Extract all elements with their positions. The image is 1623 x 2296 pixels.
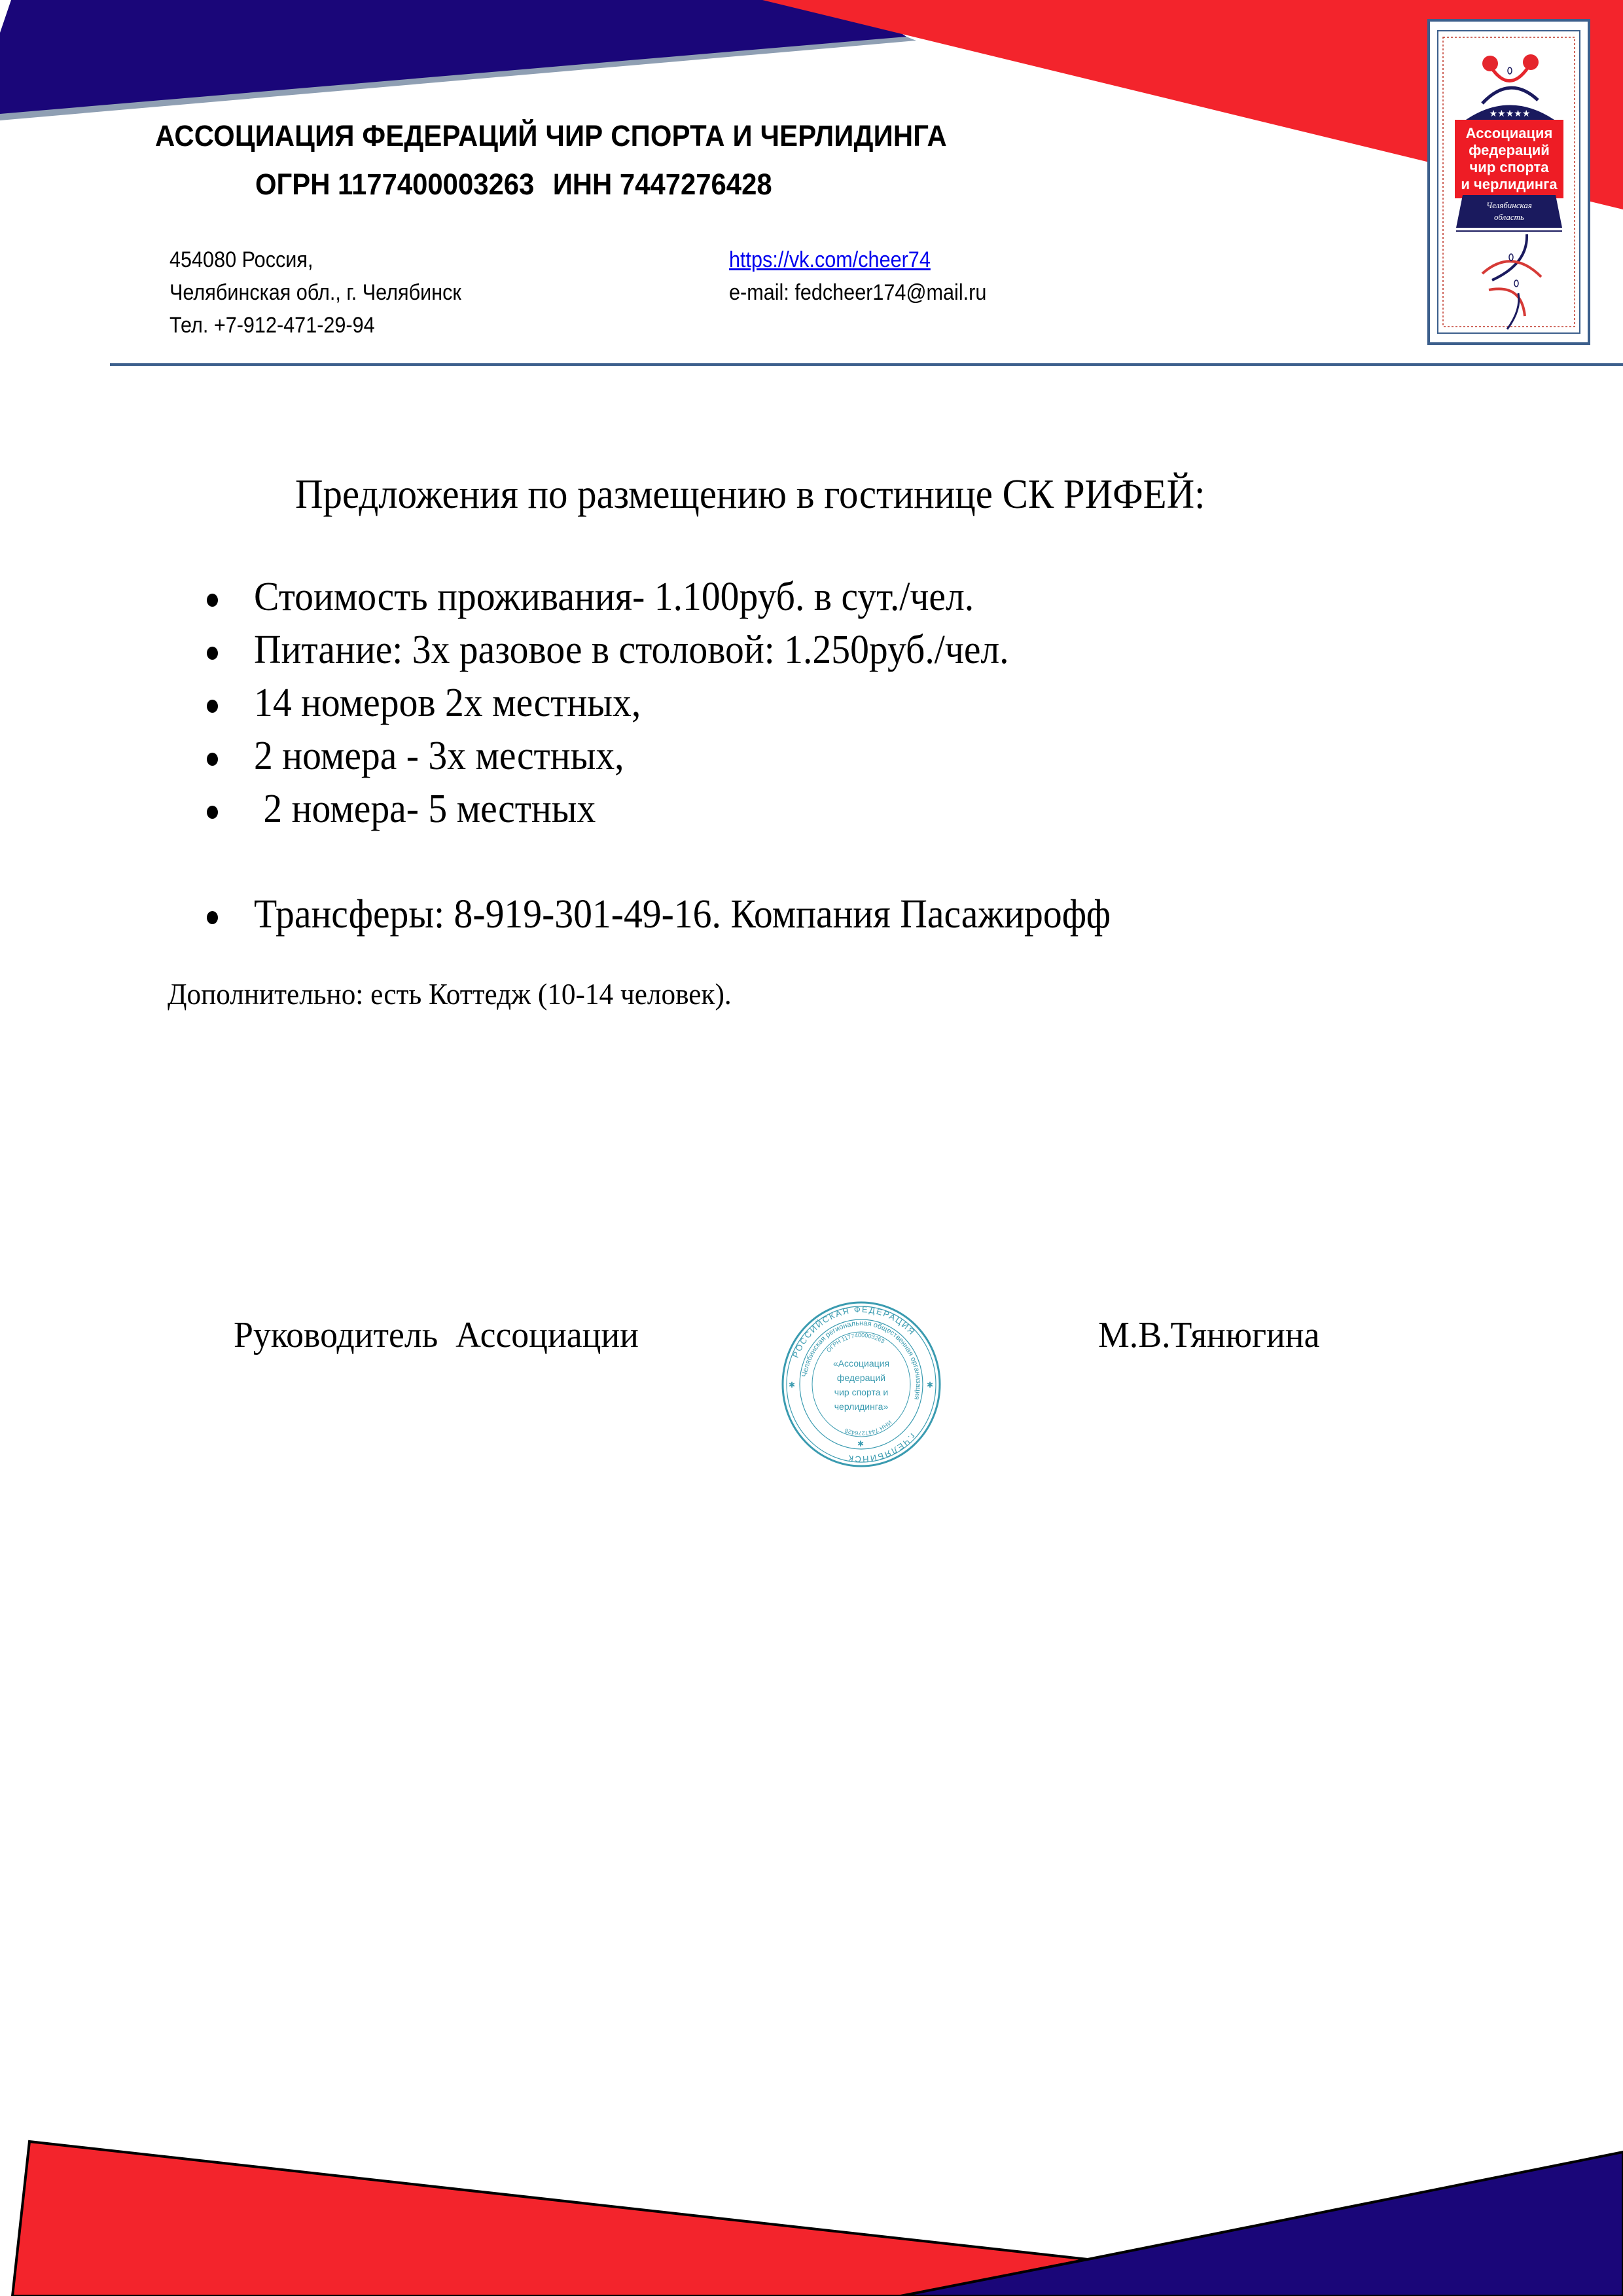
bottom-blue-band [901, 2152, 1623, 2296]
association-logo: ★★★★★ Ассоциация федераций чир спорта и … [1427, 19, 1590, 345]
inn-label: ИНН [553, 168, 613, 201]
letterhead-decoration [0, 0, 1623, 2296]
bullet-icon [207, 806, 218, 819]
email-line: e-mail: fedcheer174@mail.ru [729, 276, 986, 309]
inn-value: 7447276428 [620, 168, 772, 201]
svg-text:Челябинская: Челябинская [1486, 200, 1532, 210]
bottom-red-band [12, 2142, 1088, 2296]
list-item-transfers: Трансферы: 8-919-301-49-16. Компания Пас… [203, 888, 1175, 941]
header-divider [110, 363, 1623, 366]
list-item: 14 номеров 2х местных, [203, 677, 1175, 730]
svg-text:федераций: федераций [837, 1372, 885, 1383]
svg-text:чир спорта и: чир спорта и [834, 1387, 888, 1397]
top-blue-band [0, 0, 906, 114]
offer-heading: Предложения по размещению в гостинице СК… [295, 470, 1205, 518]
ogrn-label: ОГРН [255, 168, 330, 201]
address-line: Челябинская обл., г. Челябинск [169, 276, 461, 309]
additional-note: Дополнительно: есть Коттедж (10-14 челов… [168, 977, 732, 1011]
svg-text:черлидинга»: черлидинга» [834, 1401, 889, 1412]
svg-text:федераций: федераций [1469, 142, 1550, 158]
svg-text:и черлидинга: и черлидинга [1461, 176, 1558, 192]
bullet-icon [207, 911, 218, 924]
bullet-icon [207, 700, 218, 713]
cheerleading-logo-icon: ★★★★★ Ассоциация федераций чир спорта и … [1430, 22, 1588, 342]
registration-numbers: ОГРН 1177400003263 ИНН 7447276428 [255, 168, 772, 202]
top-gray-stripe [0, 35, 916, 120]
offer-list: Стоимость проживания- 1.100руб. в сут./ч… [203, 571, 1175, 941]
svg-text:«Ассоциация: «Ассоциация [833, 1358, 889, 1369]
svg-text:✱: ✱ [857, 1439, 864, 1448]
list-item: 2 номера - 3х местных, [203, 730, 1175, 783]
postal-address: 454080 Россия, Челябинская обл., г. Челя… [169, 243, 461, 342]
address-line: 454080 Россия, [169, 243, 461, 276]
list-item: Питание: 3х разовое в столовой: 1.250руб… [203, 624, 1175, 677]
vk-link[interactable]: https://vk.com/cheer74 [729, 247, 931, 272]
svg-text:✱: ✱ [789, 1380, 795, 1390]
official-stamp-icon: РОССИЙСКАЯ ФЕДЕРАЦИЯ г.ЧЕЛЯБИНСК Челябин… [781, 1301, 942, 1467]
letterhead-page: АССОЦИАЦИЯ ФЕДЕРАЦИЙ ЧИР СПОРТА И ЧЕРЛИД… [0, 0, 1623, 2296]
bullet-icon [207, 753, 218, 766]
svg-text:★★★★★: ★★★★★ [1489, 109, 1531, 119]
signatory-name: М.В.Тянюгина [1098, 1314, 1319, 1356]
list-item: 2 номера- 5 местных [203, 783, 1175, 836]
list-item: Стоимость проживания- 1.100руб. в сут./ч… [203, 571, 1175, 624]
online-contacts: https://vk.com/cheer74 e-mail: fedcheer1… [729, 243, 986, 309]
ogrn-value: 1177400003263 [338, 168, 534, 201]
bullet-icon [207, 594, 218, 607]
svg-text:область: область [1494, 212, 1524, 222]
organization-name: АССОЦИАЦИЯ ФЕДЕРАЦИЙ ЧИР СПОРТА И ЧЕРЛИД… [155, 119, 1031, 153]
svg-text:чир спорта: чир спорта [1470, 159, 1550, 175]
svg-text:✱: ✱ [927, 1380, 933, 1390]
signatory-role: Руководитель Ассоциации [234, 1314, 639, 1356]
phone-line: Тел. +7-912-471-29-94 [169, 309, 461, 342]
svg-text:ИНН 7447276428: ИНН 7447276428 [844, 1419, 893, 1437]
svg-text:Ассоциация: Ассоциация [1466, 125, 1553, 141]
bullet-icon [207, 647, 218, 660]
